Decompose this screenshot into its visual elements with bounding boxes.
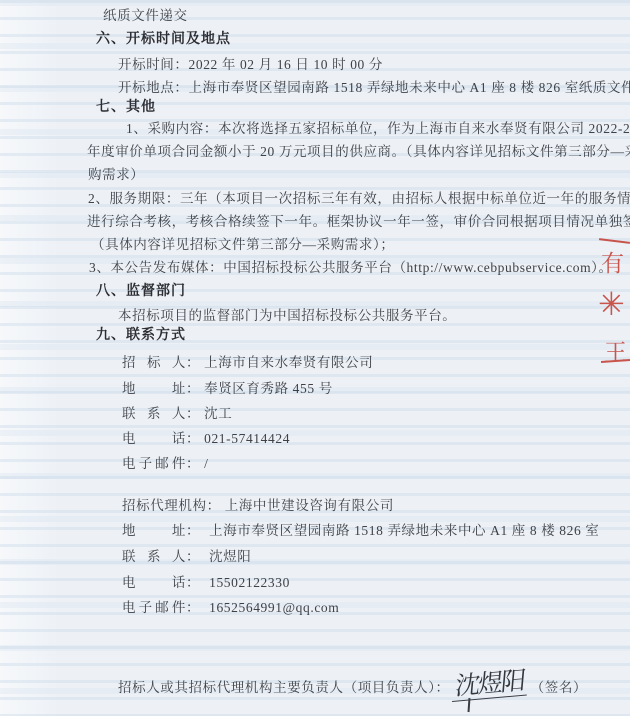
supervision-body-line: 本招标项目的监督部门为中国招标投标公共服务平台。 [118, 307, 456, 325]
other-item2-line3: （具体内容详见招标文件第三部分—采购需求）； [91, 236, 394, 254]
signature-line-suffix: （签名） [531, 676, 587, 696]
signature-pen-stroke [468, 698, 470, 712]
agency-address-row: 地 址：上海市奉贤区望园南路 1518 弄绿地未来中心 A1 座 8 楼 826… [122, 519, 599, 539]
tenderer-email-value: / [204, 456, 208, 472]
other-item3-line1: 3、本公告发布媒体：中国招标投标公共服务平台（http://www.cebpub… [89, 259, 613, 277]
tenderer-address-value: 奉贤区育秀路 455 号 [204, 377, 333, 397]
section-heading-supervision: 八、监督部门 [96, 283, 186, 301]
agency-email-value: 1652564991@qq.com [209, 600, 339, 616]
other-item1-line2: 年度审价单项合同金额小于 20 万元项目的供应商。（具体内容详见招标文件第三部分… [87, 143, 630, 161]
label-colon: ： [207, 494, 221, 514]
other-item2-line2: 进行综合考核，考核合格续签下一年。框架协议一年一签，审价合同根据项目情况单独签订… [87, 213, 630, 231]
signature-line-prefix: 招标人或其招标代理机构主要负责人（项目负责人）： [118, 676, 450, 696]
tenderer-contact-person-value: 沈工 [204, 402, 232, 422]
section-heading-contact: 九、联系方式 [96, 327, 186, 345]
agency-name-label: 招标代理机构 [122, 494, 207, 514]
tenderer-name-value: 上海市自来水奉贤有限公司 [204, 351, 373, 371]
label-colon: ： [186, 402, 200, 422]
agency-email-label: 电子邮件 [122, 596, 186, 616]
agency-address-value: 上海市奉贤区望园南路 1518 弄绿地未来中心 A1 座 8 楼 826 室 [209, 519, 599, 539]
open-bid-place-line: 开标地点：上海市奉贤区望园南路 1518 弄绿地未来中心 A1 座 8 楼 82… [118, 79, 630, 97]
tenderer-address-row: 地 址：奉贤区育秀路 455 号 [122, 377, 333, 397]
tenderer-contact-person-label: 联 系 人 [122, 402, 186, 422]
carryover-text-line: 纸质文件递交 [103, 7, 188, 25]
other-item1-line1: 1、采购内容：本次将选择五家招标单位，作为上海市自来水奉贤有限公司 2022-2… [126, 120, 630, 138]
label-colon: ： [186, 571, 200, 591]
agency-email-row: 电子邮件：1652564991@qq.com [122, 596, 339, 616]
label-colon: ： [186, 452, 200, 472]
agency-name-value: 上海中世建设咨询有限公司 [225, 494, 394, 514]
red-scribble-star: ✳ [598, 285, 625, 323]
responsible-person-signature-line: 招标人或其招标代理机构主要负责人（项目负责人）：沈煜阳（签名） [118, 672, 587, 699]
agency-contact-person-label: 联 系 人 [122, 545, 186, 565]
label-colon: ： [186, 545, 200, 565]
scanned-tender-document-page: { "page": { "carryover_text": "纸质文件递交", … [0, 0, 630, 716]
handwritten-signature: 沈煜阳 [452, 668, 529, 702]
tenderer-email-label: 电子邮件 [122, 452, 186, 472]
agency-contact-person-value: 沈煜阳 [209, 545, 251, 565]
other-item1-line3: 购需求） [88, 166, 144, 184]
tenderer-phone-label: 电 话 [122, 427, 186, 447]
agency-phone-row: 电 话：15502122330 [122, 571, 290, 591]
section-heading-open-bid: 六、开标时间及地点 [96, 31, 231, 49]
tenderer-name-label: 招 标 人 [122, 351, 186, 371]
label-colon: ： [186, 377, 200, 397]
tenderer-email-row: 电子邮件：/ [122, 452, 208, 472]
red-annotation-top: 有 [601, 245, 624, 278]
agency-address-label: 地 址 [122, 519, 186, 539]
agency-name-row: 招标代理机构：上海中世建设咨询有限公司 [122, 494, 394, 514]
open-bid-time-line: 开标时间：2022 年 02 月 16 日 10 时 00 分 [118, 56, 383, 74]
agency-phone-value: 15502122330 [209, 575, 290, 591]
tenderer-name-row: 招 标 人：上海市自来水奉贤有限公司 [122, 351, 373, 371]
other-item2-line1: 2、服务期限：三年（本项目一次招标三年有效，由招标人根据中标单位近一年的服务情况 [88, 190, 630, 208]
label-colon: ： [186, 351, 200, 371]
tenderer-address-label: 地 址 [122, 377, 186, 397]
label-colon: ： [186, 596, 200, 616]
red-stroke-line [599, 238, 630, 244]
tenderer-phone-value: 021-57414424 [204, 431, 290, 447]
agency-phone-label: 电 话 [122, 571, 186, 591]
tenderer-phone-row: 电 话：021-57414424 [122, 427, 290, 447]
label-colon: ： [186, 519, 200, 539]
tenderer-contact-person-row: 联 系 人：沈工 [122, 402, 232, 422]
agency-contact-person-row: 联 系 人：沈煜阳 [122, 545, 251, 565]
label-colon: ： [186, 427, 200, 447]
section-heading-other: 七、其他 [96, 99, 156, 117]
